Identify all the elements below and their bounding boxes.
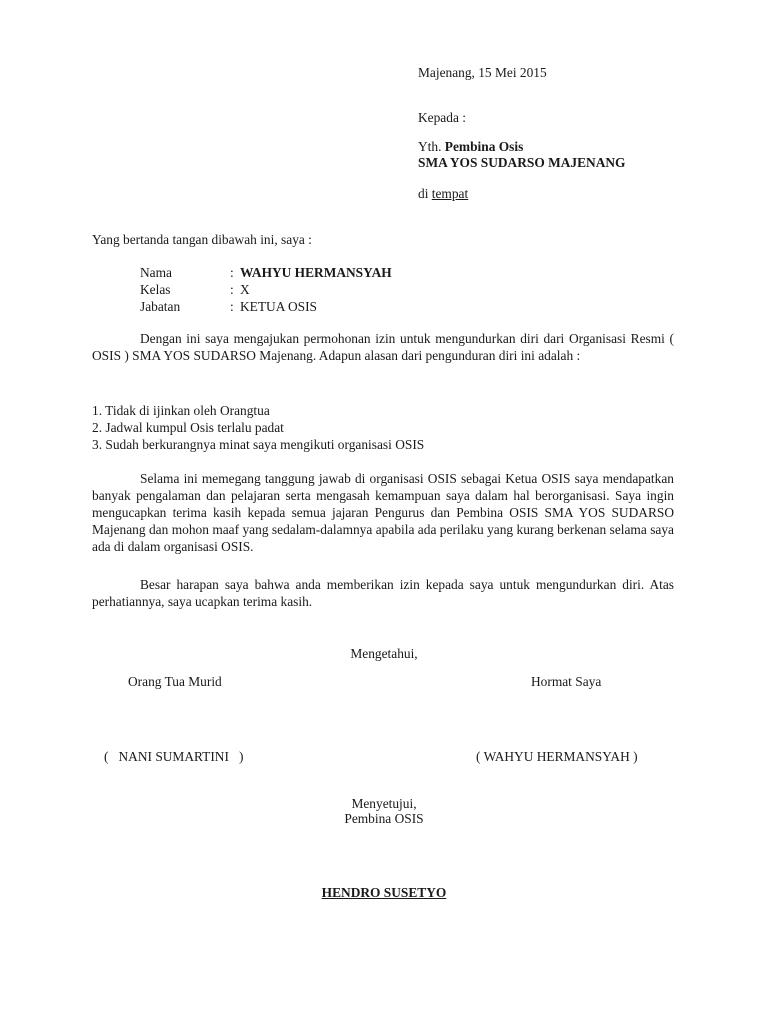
recipient-title: Pembina Osis xyxy=(445,139,524,154)
reason-item: 3. Sudah berkurangnya minat saya mengiku… xyxy=(92,436,424,453)
identity-label: Kelas xyxy=(140,281,230,298)
parent-title: Orang Tua Murid xyxy=(128,673,222,690)
di-prefix: di xyxy=(418,186,432,201)
identity-label: Jabatan xyxy=(140,298,230,315)
approver-name-wrap: HENDRO SUSETYO xyxy=(0,884,768,901)
reason-item: 2. Jadwal kumpul Osis terlalu padat xyxy=(92,419,284,436)
identity-row-kelas: Kelas:X xyxy=(140,281,250,298)
opening-line: Yang bertanda tangan dibawah ini, saya : xyxy=(92,231,312,248)
recipient-place-line: di tempat xyxy=(418,185,468,202)
identity-separator: : xyxy=(230,298,240,315)
yth-prefix: Yth. xyxy=(418,139,445,154)
identity-row-jabatan: Jabatan:KETUA OSIS xyxy=(140,298,317,315)
approver-title: Pembina OSIS xyxy=(0,810,768,827)
paragraph-closing-text: Besar harapan saya bahwa anda memberikan… xyxy=(92,577,674,609)
identity-separator: : xyxy=(230,281,240,298)
identity-row-nama: Nama:WAHYU HERMANSYAH xyxy=(140,264,392,281)
identity-value: WAHYU HERMANSYAH xyxy=(240,265,392,280)
paragraph-closing: Besar harapan saya bahwa anda memberikan… xyxy=(92,576,674,610)
identity-value: KETUA OSIS xyxy=(240,299,317,314)
recipient-title-line: Yth. Pembina Osis xyxy=(418,138,523,155)
recipient-place: tempat xyxy=(432,186,468,201)
approver-name: HENDRO SUSETYO xyxy=(322,885,447,900)
paragraph-gratitude-text: Selama ini memegang tanggung jawab di or… xyxy=(92,471,674,554)
identity-value: X xyxy=(240,282,250,297)
paragraph-gratitude: Selama ini memegang tanggung jawab di or… xyxy=(92,470,674,555)
recipient-kepada: Kepada : xyxy=(418,109,466,126)
place-date: Majenang, 15 Mei 2015 xyxy=(418,64,547,81)
paragraph-request: Dengan ini saya mengajukan permohonan iz… xyxy=(92,330,674,364)
paragraph-request-text: Dengan ini saya mengajukan permohonan iz… xyxy=(92,331,674,363)
identity-separator: : xyxy=(230,264,240,281)
sender-title: Hormat Saya xyxy=(531,673,601,690)
mengetahui-label: Mengetahui, xyxy=(0,645,768,662)
sender-name: ( WAHYU HERMANSYAH ) xyxy=(476,748,638,765)
parent-name: ( NANI SUMARTINI ) xyxy=(104,748,243,765)
identity-label: Nama xyxy=(140,264,230,281)
recipient-school: SMA YOS SUDARSO MAJENANG xyxy=(418,154,625,171)
reason-item: 1. Tidak di ijinkan oleh Orangtua xyxy=(92,402,270,419)
